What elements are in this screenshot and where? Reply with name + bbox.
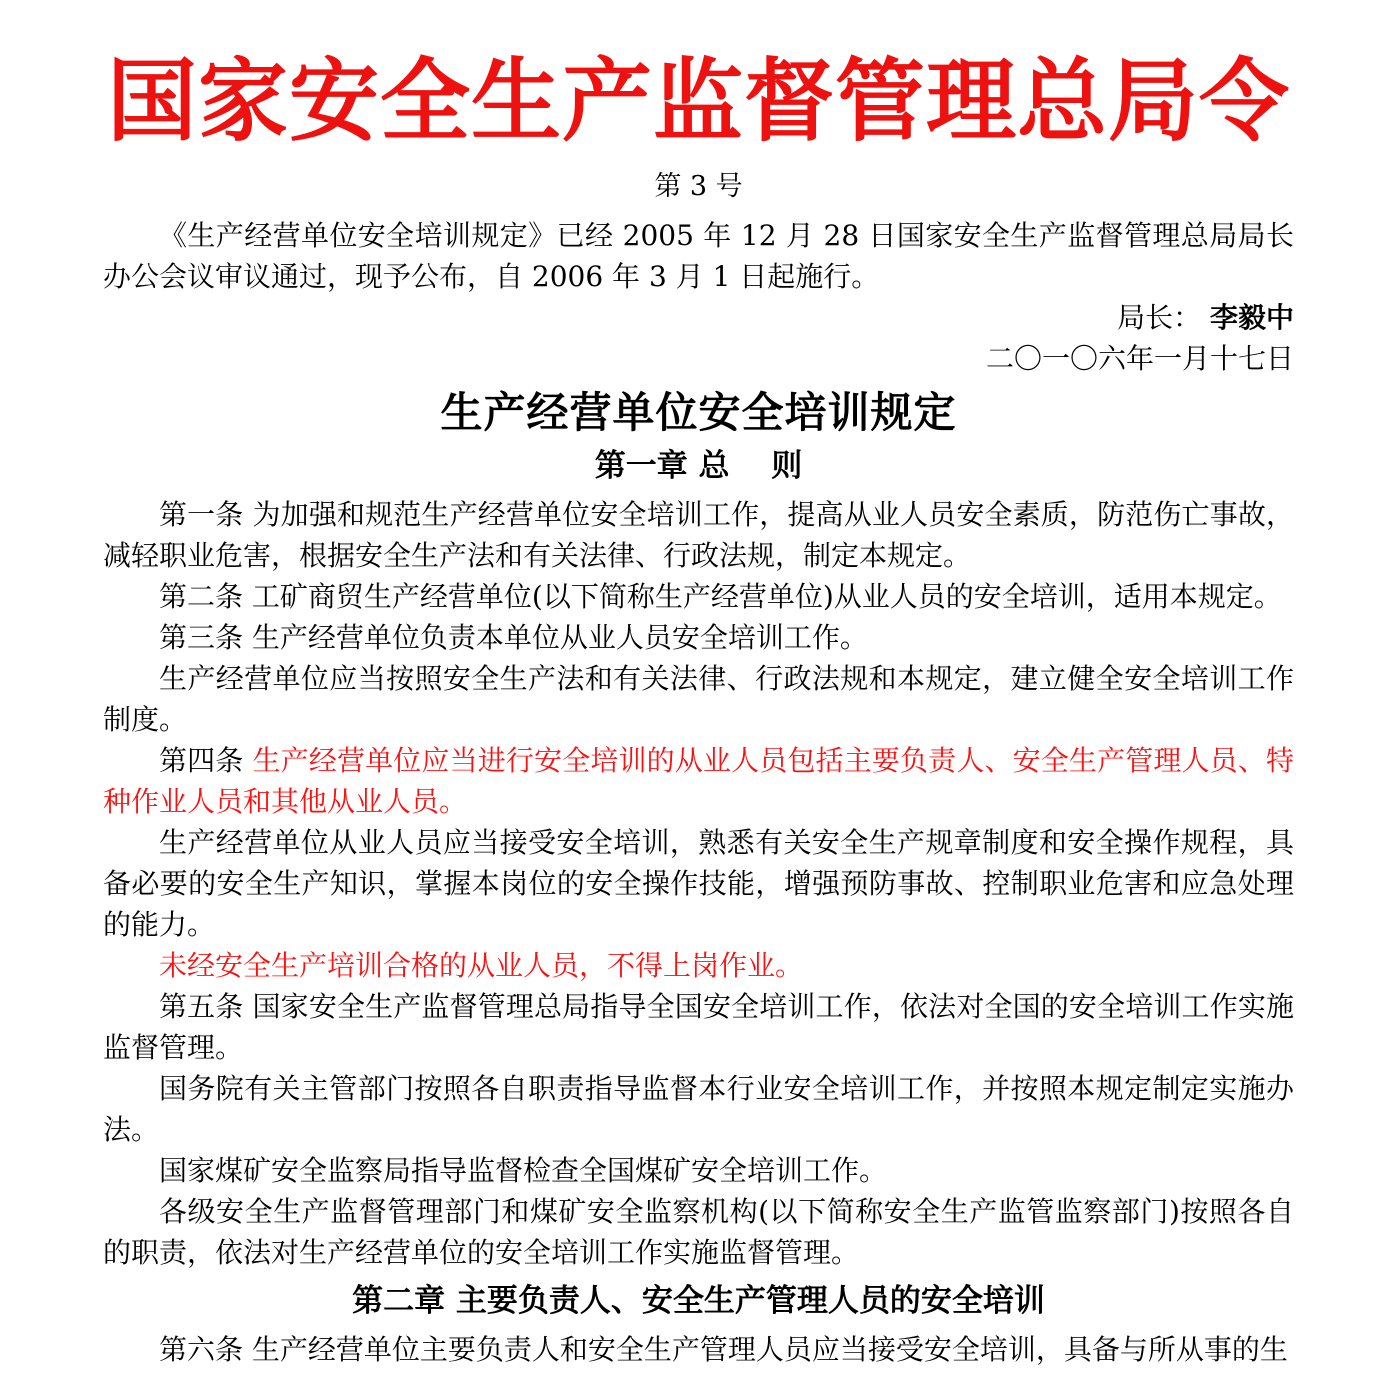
article-5: 第五条 国家安全生产监督管理总局指导全国安全培训工作，依法对全国的安全培训工作实… (103, 986, 1294, 1068)
article-3: 第三条 生产经营单位负责本单位从业人员安全培训工作。 (103, 617, 1294, 658)
order-number: 第 3 号 (103, 167, 1294, 207)
article-4-para-2: 生产经营单位从业人员应当接受安全培训，熟悉有关安全生产规章制度和安全操作规程，具… (103, 822, 1294, 945)
document-page: 国家安全生产监督管理总局令 第 3 号 《生产经营单位安全培训规定》已经 200… (0, 0, 1397, 1397)
article-4-para-3: 未经安全生产培训合格的从业人员，不得上岗作业。 (103, 945, 1294, 986)
article-6: 第六条 生产经营单位主要负责人和安全生产管理人员应当接受安全培训，具备与所从事的… (103, 1329, 1294, 1370)
agency-title: 国家安全生产监督管理总局令 (103, 40, 1294, 162)
signature-line: 局长： 李毅中 (103, 297, 1294, 338)
chapter-2-heading: 第二章 主要负责人、安全生产管理人员的安全培训 (103, 1280, 1294, 1322)
article-5-para-3: 国家煤矿安全监察局指导监督检查全国煤矿安全培训工作。 (103, 1150, 1294, 1191)
article-1: 第一条 为加强和规范生产经营单位安全培训工作，提高从业人员安全素质，防范伤亡事故… (103, 494, 1294, 576)
article-5-para-4: 各级安全生产监督管理部门和煤矿安全监察机构(以下简称安全生产监管监察部门)按照各… (103, 1191, 1294, 1273)
chapter-1-heading: 第一章 总 则 (103, 445, 1294, 487)
signature-label: 局长： (1117, 301, 1210, 334)
article-5-para-2: 国务院有关主管部门按照各自职责指导监督本行业安全培训工作，并按照本规定制定实施办… (103, 1068, 1294, 1150)
article-2: 第二条 工矿商贸生产经营单位(以下简称生产经营单位)从业人员的安全培训，适用本规… (103, 576, 1294, 617)
preamble-paragraph: 《生产经营单位安全培训规定》已经 2005 年 12 月 28 日国家安全生产监… (103, 215, 1294, 297)
date-line: 二〇一〇六年一月十七日 (103, 338, 1294, 379)
article-4-red-text: 生产经营单位应当进行安全培训的从业人员包括主要负责人、安全生产管理人员、特种作业… (103, 744, 1294, 818)
article-4-label: 第四条 (159, 744, 253, 777)
article-4-para-3-red-text: 未经安全生产培训合格的从业人员，不得上岗作业。 (159, 949, 803, 982)
article-4: 第四条 生产经营单位应当进行安全培训的从业人员包括主要负责人、安全生产管理人员、… (103, 740, 1294, 822)
signature-name: 李毅中 (1210, 301, 1294, 334)
regulation-title: 生产经营单位安全培训规定 (103, 388, 1294, 438)
article-3-para-2: 生产经营单位应当按照安全生产法和有关法律、行政法规和本规定，建立健全安全培训工作… (103, 658, 1294, 740)
